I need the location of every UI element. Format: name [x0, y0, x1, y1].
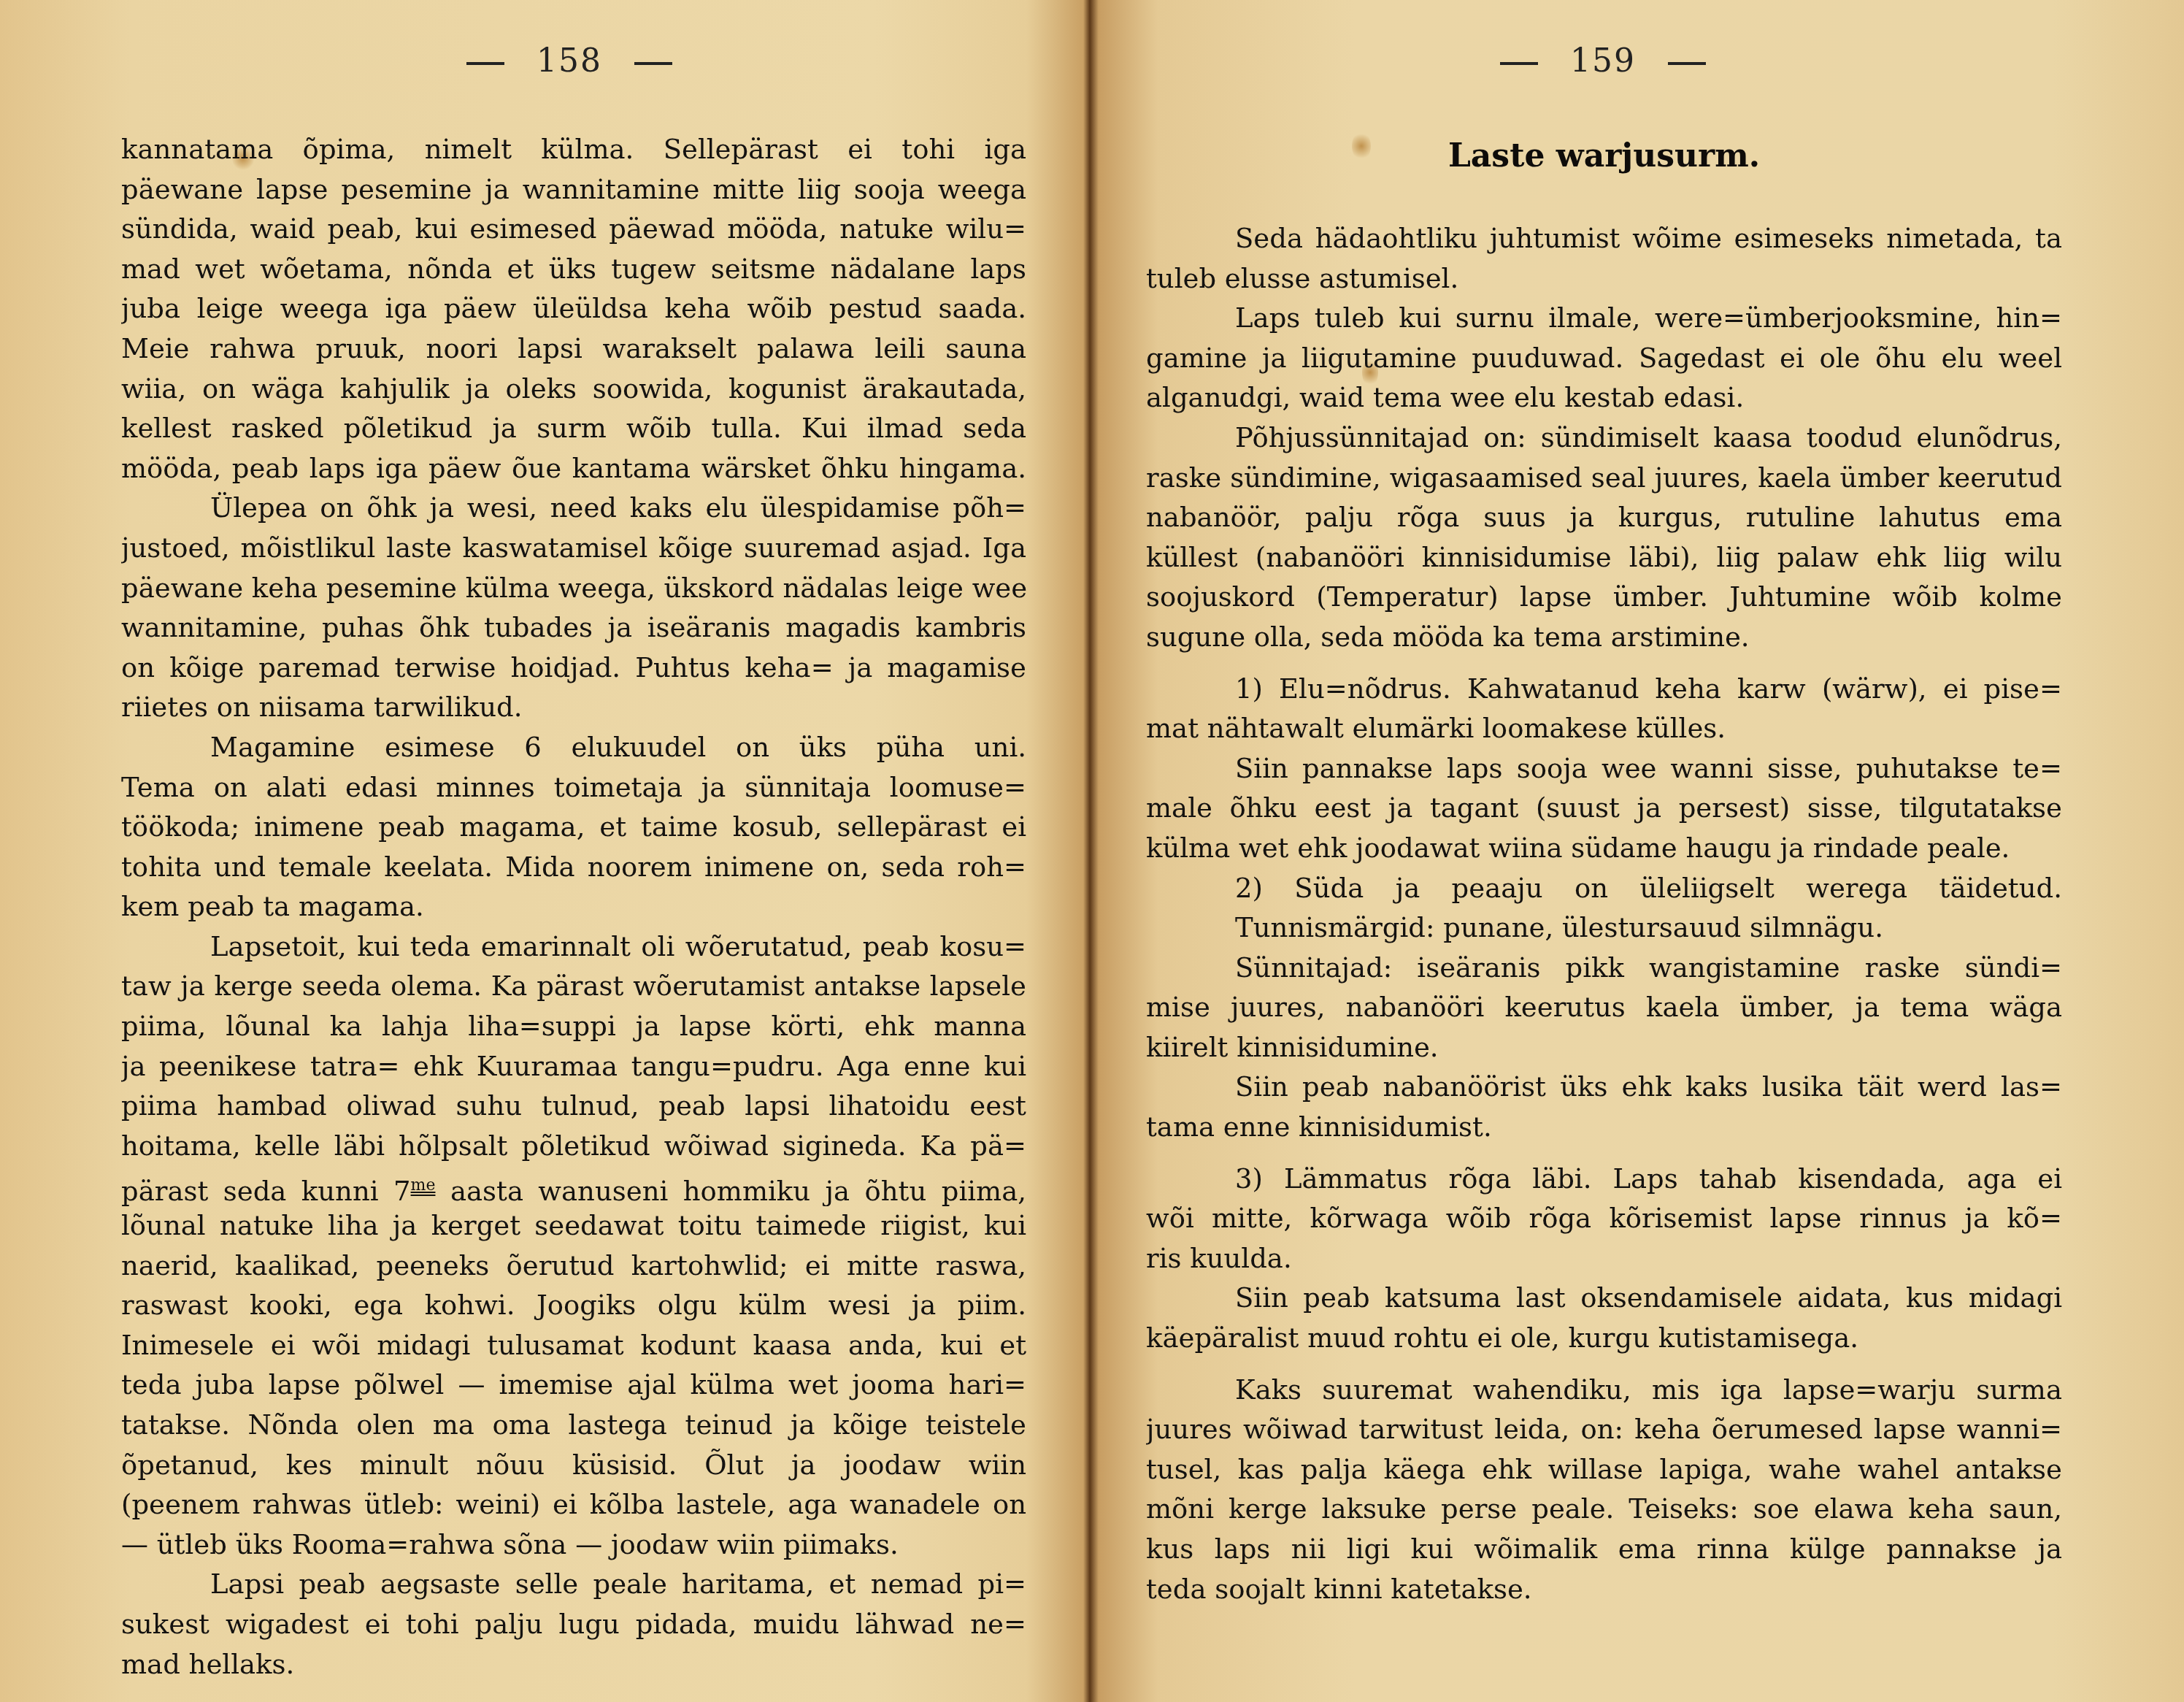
text-fragment: aasta wanuseni hommiku ja õhtu piima,	[435, 1176, 1026, 1206]
text-line: juba leige weega iga päew üleüldsa keha …	[121, 289, 1026, 329]
text-line: pärast seda kunni 7me aasta wanuseni hom…	[121, 1166, 1026, 1206]
text-line: kus laps nii ligi kui wõimalik ema rinna…	[1146, 1530, 2062, 1570]
paragraph-start: Seda hädaohtliku juhtumist wõime esimese…	[1146, 219, 2062, 259]
numbered-item: 2) Süda ja peaaju on üleliigselt werega …	[1146, 869, 2062, 909]
text-line: sukest wigadest ei tohi palju lugu pidad…	[121, 1605, 1026, 1645]
text-line: Inimesele ei wõi midagi tulusamat kodunt…	[121, 1326, 1026, 1366]
text-line: — ütleb üks Rooma=rahwa sõna — joodaw wi…	[121, 1525, 1026, 1565]
text-line: päewane lapse pesemine ja wannitamine mi…	[121, 170, 1026, 210]
text-line: wannitamine, puhas õhk tubades ja iseära…	[121, 608, 1026, 648]
text-line: teda juba lapse põlwel — imemise ajal kü…	[121, 1365, 1026, 1406]
text-fragment: pärast seda kunni 7	[121, 1176, 411, 1206]
body-text: Seda hädaohtliku juhtumist wõime esimese…	[1146, 219, 2062, 1609]
text-line: töökoda; inimene peab magama, et taime k…	[121, 808, 1026, 848]
text-line: lõunal natuke liha ja kerget seedawat to…	[121, 1206, 1026, 1246]
text-line: kem peab ta magama.	[121, 887, 1026, 927]
dash-right	[634, 62, 672, 65]
text-line: mööda, peab laps iga päew õue kantama wä…	[121, 449, 1026, 489]
paragraph-start: Siin peab nabanöörist üks ehk kaks lusik…	[1146, 1067, 2062, 1108]
paragraph-start: Sünnitajad: iseäranis pikk wangistamine …	[1146, 948, 2062, 989]
text-line: mad hellaks.	[121, 1645, 1026, 1685]
text-line: alganudgi, waid tema wee elu kestab edas…	[1146, 378, 2062, 418]
page-number: 159	[1102, 42, 2184, 80]
text-line: gamine ja liigutamine puuduwad. Sagedast…	[1146, 339, 2062, 379]
right-page: 159 Laste warjusurm. Seda hädaohtliku ju…	[1102, 0, 2184, 1702]
text-line: piima, lõunal ka lahja liha=suppi ja lap…	[121, 1007, 1026, 1047]
text-line: tatakse. Nõnda olen ma oma lastega teinu…	[121, 1406, 1026, 1446]
text-line: külma wet ehk joodawat wiina südame haug…	[1146, 829, 2062, 869]
text-line: soojuskord (Temperatur) lapse ümber. Juh…	[1146, 578, 2062, 618]
text-line: sündida, waid peab, kui esimesed päewad …	[121, 210, 1026, 250]
body-text: kannatama õpima, nimelt külma. Sellepära…	[121, 130, 1026, 1684]
dash-right	[1668, 62, 1706, 65]
text-line: teda soojalt kinni katetakse.	[1146, 1570, 2062, 1610]
text-line: riietes on niisama tarwilikud.	[121, 688, 1026, 728]
text-line: käepäralist muud rohtu ei ole, kurgu kut…	[1146, 1319, 2062, 1359]
paragraph-start: Magamine esimese 6 elukuudel on üks püha…	[121, 728, 1026, 768]
ordinal-superscript: me	[411, 1176, 436, 1195]
text-line: mat nähtawalt elumärki loomakese külles.	[1146, 709, 2062, 749]
text-line: juures wõiwad tarwitust leida, on: keha …	[1146, 1410, 2062, 1450]
text-line: ris kuulda.	[1146, 1239, 2062, 1279]
text-line: ja peenikese tatra= ehk Kuuramaa tangu=p…	[121, 1047, 1026, 1087]
text-line: on kõige paremad terwise hoidjad. Puhtus…	[121, 648, 1026, 689]
text-line: tohita und temale keelata. Mida noorem i…	[121, 848, 1026, 888]
paragraph-start: Siin peab katsuma last oksendamisele aid…	[1146, 1279, 2062, 1319]
page-number-text: 158	[537, 42, 602, 80]
text-line: Meie rahwa pruuk, noori lapsi warakselt …	[121, 329, 1026, 369]
text-line: raske sündimine, wigasaamised seal juure…	[1146, 459, 2062, 499]
text-line: õpetanud, kes minult nõuu küsisid. Õlut …	[121, 1446, 1026, 1486]
text-line: raswast kooki, ega kohwi. Joogiks olgu k…	[121, 1286, 1026, 1326]
text-line: tuleb elusse astumisel.	[1146, 259, 2062, 299]
spacer	[1146, 1359, 2062, 1371]
text-line: tama enne kinnisidumist.	[1146, 1108, 2062, 1148]
text-line: tusel, kas palja käega ehk willase lapig…	[1146, 1450, 2062, 1490]
paragraph-start: Siin pannakse laps sooja wee wanni sisse…	[1146, 749, 2062, 789]
paragraph-start: Lapsetoit, kui teda emarinnalt oli wõeru…	[121, 927, 1026, 967]
page-number-text: 159	[1570, 42, 1636, 80]
text-line: (peenem rahwas ütleb: weini) ei kõlba la…	[121, 1485, 1026, 1525]
text-line: hoitama, kelle läbi hõlpsalt põletikud w…	[121, 1127, 1026, 1167]
paragraph-start: Kaks suuremat wahendiku, mis iga lapse=w…	[1146, 1371, 2062, 1411]
text-line: päewane keha pesemine külma weega, üksko…	[121, 569, 1026, 609]
paragraph-start: Põhjussünnitajad on: sündimiselt kaasa t…	[1146, 418, 2062, 459]
text-line: kannatama õpima, nimelt külma. Sellepära…	[121, 130, 1026, 170]
text-line: piima hambad oliwad suhu tulnud, peab la…	[121, 1086, 1026, 1127]
text-line: Tema on alati edasi minnes toimetaja ja …	[121, 768, 1026, 808]
text-line: kellest rasked põletikud ja surm wõib tu…	[121, 409, 1026, 449]
spacer	[1146, 658, 2062, 670]
text-line: male õhku eest ja tagant (suust ja perse…	[1146, 789, 2062, 829]
paragraph-start: Ülepea on õhk ja wesi, need kaks elu üle…	[121, 488, 1026, 529]
text-line: mise juures, nabanööri keerutus kaela üm…	[1146, 988, 2062, 1028]
dash-left	[466, 62, 504, 65]
text-line: mõni kerge laksuke perse peale. Teiseks:…	[1146, 1490, 2062, 1530]
text-line: sugune olla, seda mööda ka tema arstimin…	[1146, 618, 2062, 658]
left-page: 158 kannatama õpima, nimelt külma. Selle…	[0, 0, 1095, 1702]
paragraph-start: Laps tuleb kui surnu ilmale, were=ümberj…	[1146, 299, 2062, 339]
text-line: taw ja kerge seeda olema. Ka pärast wõer…	[121, 967, 1026, 1007]
text-line: naerid, kaalikad, peeneks õerutud kartoh…	[121, 1246, 1026, 1287]
text-line: justoed, mõistlikul laste kaswatamisel k…	[121, 529, 1026, 569]
page-number: 158	[0, 42, 1095, 80]
chapter-title: Laste warjusurm.	[1146, 137, 2062, 175]
spacer	[1146, 1148, 2062, 1159]
paragraph-start: Lapsi peab aegsaste selle peale haritama…	[121, 1565, 1026, 1605]
text-line: kiirelt kinnisidumine.	[1146, 1028, 2062, 1068]
book-spread: 158 kannatama õpima, nimelt külma. Selle…	[0, 0, 2184, 1702]
text-line: wiia, on wäga kahjulik ja oleks soowida,…	[121, 369, 1026, 410]
text-line: mad wet wõetama, nõnda et üks tugew seit…	[121, 250, 1026, 290]
text-line: nabanöör, palju rõga suus ja kurgus, rut…	[1146, 498, 2062, 538]
paragraph-start: Tunnismärgid: punane, ülestursauud silmn…	[1146, 908, 2062, 948]
numbered-item: 3) Lämmatus rõga läbi. Laps tahab kisend…	[1146, 1159, 2062, 1200]
text-line: wõi mitte, kõrwaga wõib rõga kõrisemist …	[1146, 1199, 2062, 1239]
dash-left	[1500, 62, 1538, 65]
text-line: küllest (nabanööri kinnisidumise läbi), …	[1146, 538, 2062, 578]
numbered-item: 1) Elu=nõdrus. Kahwatanud keha karw (wär…	[1146, 670, 2062, 710]
